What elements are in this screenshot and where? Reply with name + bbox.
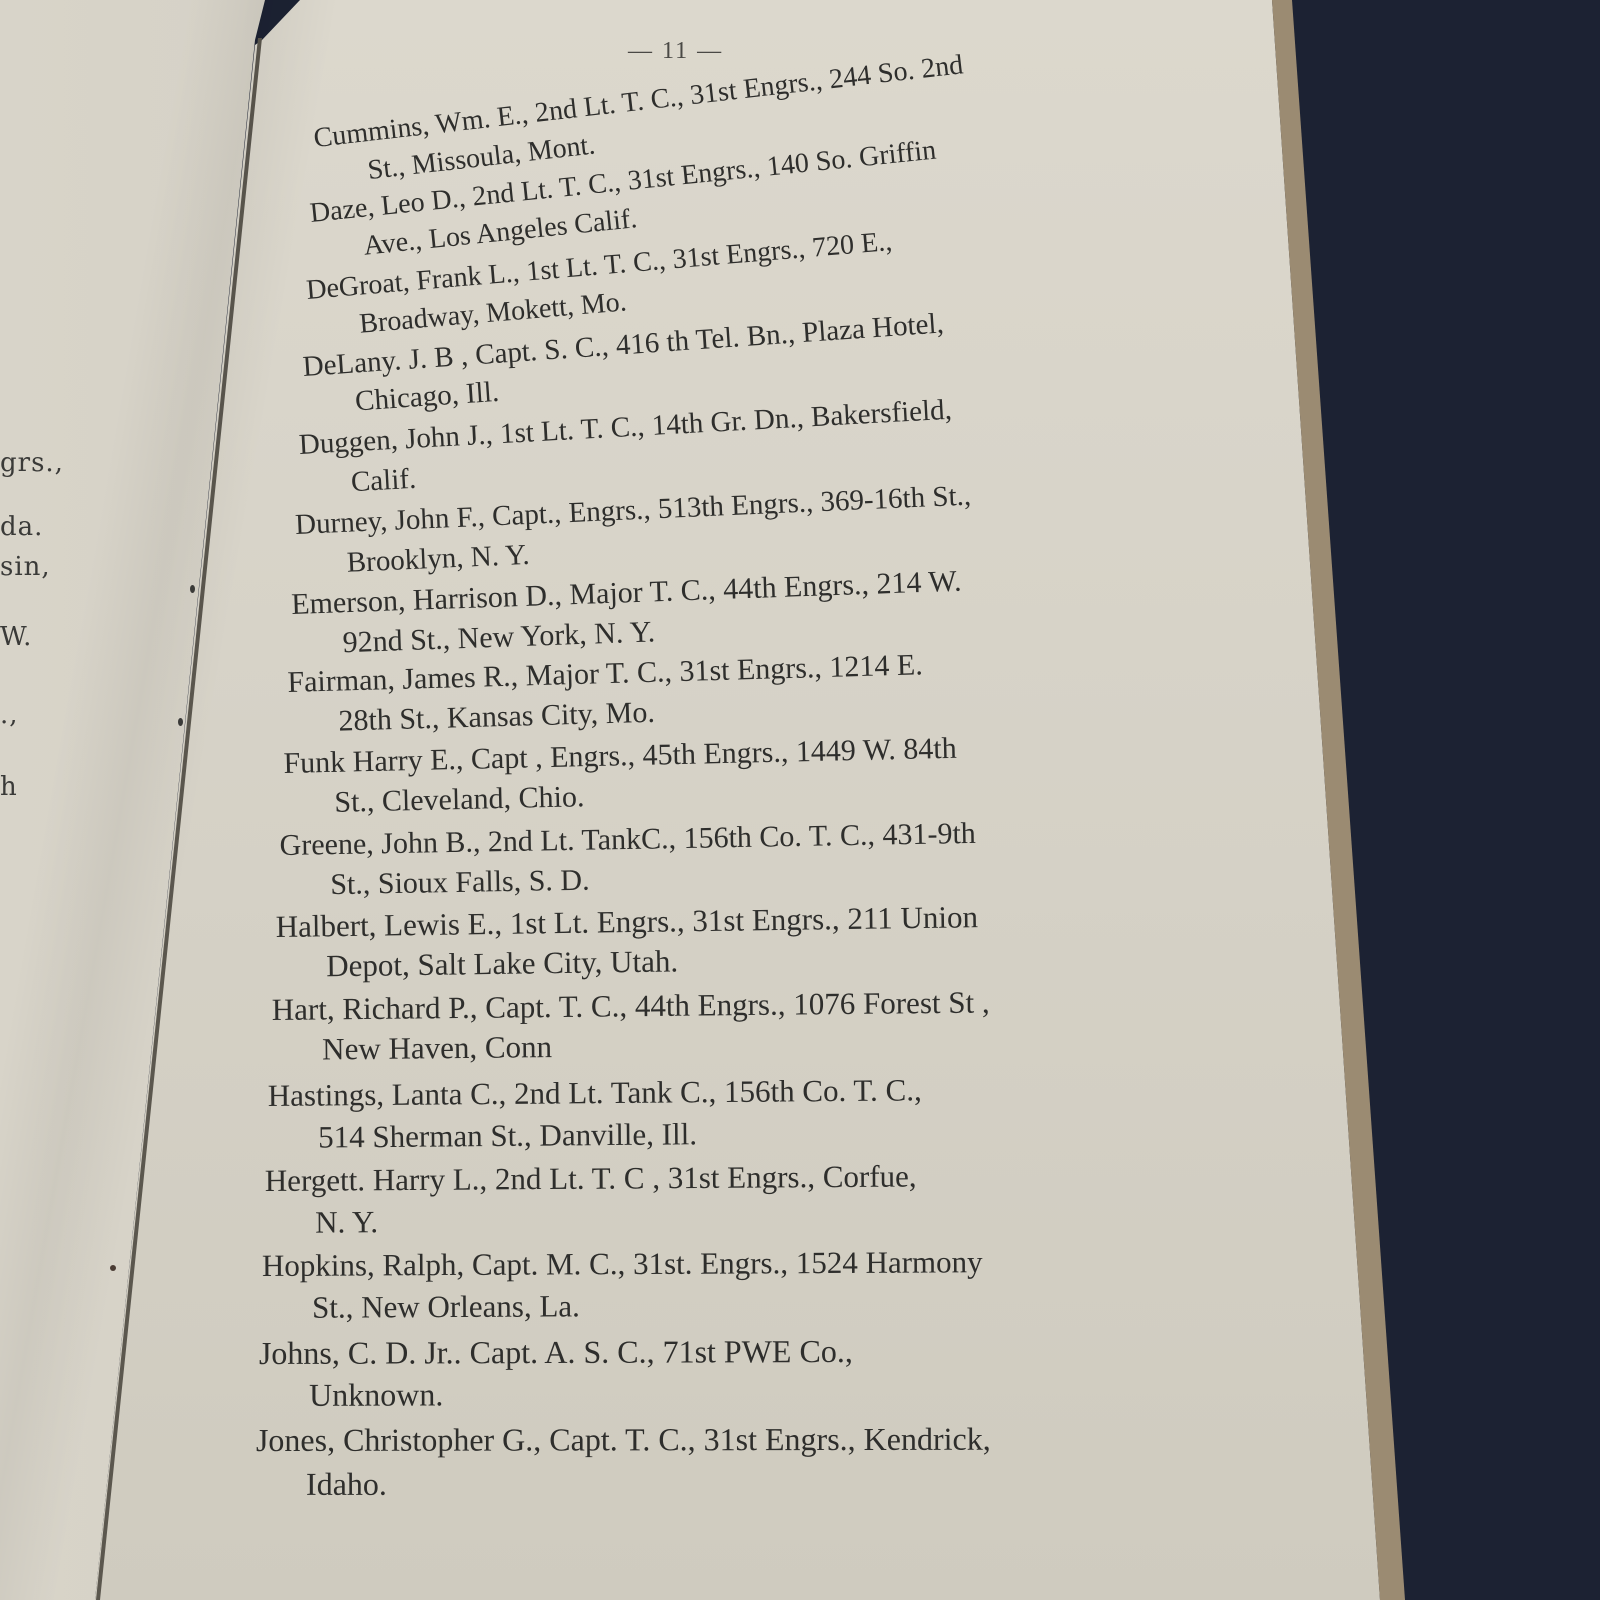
roster-entry: Greene, John B., 2nd Lt. TankC., 156th C… (279, 814, 976, 906)
staple-mark (178, 718, 183, 726)
entry-continuation: St., New Orleans, La. (262, 1283, 983, 1329)
entry-continuation: New Haven, Conn (272, 1022, 990, 1070)
roster-entry: Halbert, Lewis E., 1st Lt. Engrs., 31st … (275, 897, 978, 987)
book-photo: grs., da. sin, W. ., h — 11 — Cummins, W… (0, 0, 1600, 1600)
page-number: — 11 — (628, 38, 723, 65)
roster-entry: Fairman, James R., Major T. C., 31st Eng… (287, 645, 925, 743)
entry-line: Hopkins, Ralph, Capt. M. C., 31st. Engrs… (262, 1244, 983, 1283)
entry-continuation: Unknown. (259, 1372, 853, 1416)
roster-entry: Hopkins, Ralph, Capt. M. C., 31st. Engrs… (262, 1241, 983, 1329)
roster-text: — 11 — Cummins, Wm. E., 2nd Lt. T. C., 3… (0, 0, 1600, 1600)
roster-entry: Hastings, Lanta C., 2nd Lt. Tank C., 156… (268, 1069, 923, 1159)
entry-line: Halbert, Lewis E., 1st Lt. Engrs., 31st … (275, 899, 978, 944)
entry-continuation: Depot, Salt Lake City, Utah. (276, 937, 979, 987)
roster-entry: Hergett. Harry L., 2nd Lt. T. C , 31st E… (265, 1155, 917, 1244)
paper-blemish (110, 1265, 116, 1271)
roster-entry: Jones, Christopher G., Capt. T. C., 31st… (256, 1417, 991, 1506)
entry-line: Hergett. Harry L., 2nd Lt. T. C , 31st E… (265, 1158, 917, 1198)
staple-mark (190, 585, 195, 593)
entry-line: Johns, C. D. Jr.. Capt. A. S. C., 71st P… (259, 1333, 853, 1371)
roster-entry: Hart, Richard P., Capt. T. C., 44th Engr… (272, 982, 991, 1070)
roster-entry: Johns, C. D. Jr.. Capt. A. S. C., 71st P… (259, 1330, 853, 1416)
entry-continuation: 514 Sherman St., Danville, Ill. (268, 1111, 922, 1159)
entry-line: Hart, Richard P., Capt. T. C., 44th Engr… (272, 984, 990, 1027)
roster-entry: Funk Harry E., Capt , Engrs., 45th Engrs… (283, 729, 958, 824)
entry-line: Jones, Christopher G., Capt. T. C., 31st… (256, 1421, 991, 1458)
entry-line: Greene, John B., 2nd Lt. TankC., 156th C… (279, 817, 976, 862)
entry-continuation: N. Y. (265, 1197, 917, 1244)
entry-line: Hastings, Lanta C., 2nd Lt. Tank C., 156… (268, 1072, 922, 1113)
entry-continuation: Idaho. (256, 1461, 991, 1506)
